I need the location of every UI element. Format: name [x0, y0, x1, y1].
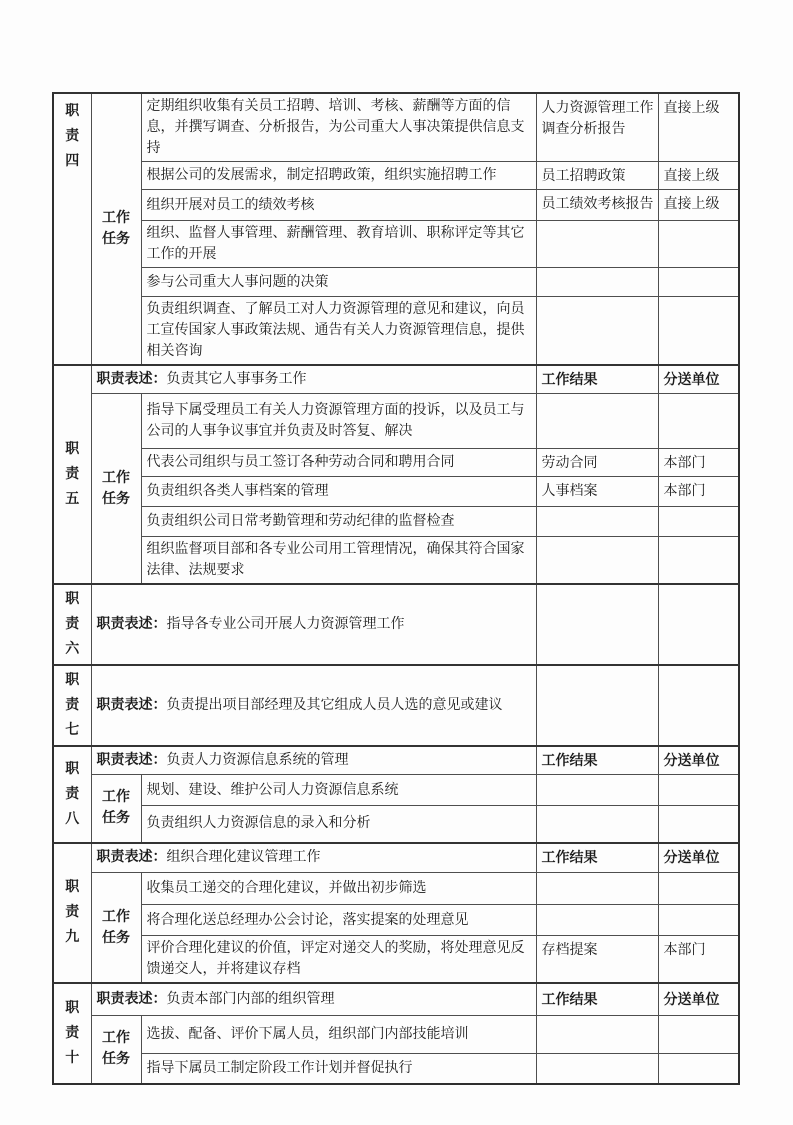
- task-text: 评价合理化建议的价值，评定对递交人的奖励，将处理意见反馈递交人，并将建议存档: [141, 936, 536, 984]
- table-row: 组织监督项目部和各专业公司用工管理情况，确保其符合国家法律、法规要求: [53, 537, 739, 585]
- table-row: 职责六 职责表述：指导各专业公司开展人力资源管理工作: [53, 584, 739, 665]
- statement-label: 职责表述：: [97, 617, 167, 632]
- section-5-label-cell: 职责五: [53, 365, 91, 584]
- task-result: [536, 1053, 658, 1084]
- empty-unit-cell: [658, 665, 739, 746]
- statement-cell: 职责表述：负责其它人事事务工作: [91, 365, 536, 394]
- table-row: 负责组织公司日常考勤管理和劳动纪律的监督检查: [53, 507, 739, 537]
- result-header: 工作结果: [536, 746, 658, 775]
- task-result: 员工绩效考核报告: [536, 190, 658, 221]
- section-4-label: 职责四: [64, 99, 80, 174]
- task-unit: [658, 775, 739, 806]
- task-result: [536, 507, 658, 537]
- table-row: 工作任务 规划、建设、维护公司人力资源信息系统: [53, 775, 739, 806]
- task-text: 指导下属受理员工有关人力资源管理方面的投诉，以及员工与公司的人事争议事宜并负责及…: [141, 394, 536, 449]
- section-6-label: 职责六: [64, 587, 80, 662]
- statement-text: 指导各专业公司开展人力资源管理工作: [167, 617, 405, 632]
- task-result: 员工招聘政策: [536, 162, 658, 190]
- result-header: 工作结果: [536, 365, 658, 394]
- table-row: 职责五 职责表述：负责其它人事事务工作 工作结果 分送单位: [53, 365, 739, 394]
- task-result: [536, 1015, 658, 1053]
- table-row: 职责九 职责表述：组织合理化建议管理工作 工作结果 分送单位: [53, 843, 739, 873]
- scanned-document-page: 职责四 工作任务 定期组织收集有关员工招聘、培训、考核、薪酬等方面的信息，并撰写…: [0, 0, 793, 1125]
- task-text: 负责组织人力资源信息的录入和分析: [141, 806, 536, 843]
- table-row: 负责组织人力资源信息的录入和分析: [53, 806, 739, 843]
- unit-header: 分送单位: [658, 365, 739, 394]
- task-unit: 本部门: [658, 936, 739, 984]
- empty-unit-cell: [658, 584, 739, 665]
- task-result: [536, 537, 658, 585]
- statement-text: 负责其它人事事务工作: [167, 372, 307, 387]
- section-5-label: 职责五: [64, 437, 80, 512]
- table-row: 评价合理化建议的价值，评定对递交人的奖励，将处理意见反馈递交人，并将建议存档 存…: [53, 936, 739, 984]
- task-column-label: 工作任务: [101, 787, 131, 829]
- section-4-label-cell: 职责四: [53, 93, 91, 365]
- statement-label: 职责表述：: [97, 992, 167, 1007]
- task-unit: 直接上级: [658, 190, 739, 221]
- task-unit: [658, 1015, 739, 1053]
- section-4-task-label-cell: 工作任务: [91, 93, 141, 365]
- statement-text: 组织合理化建议管理工作: [167, 850, 321, 865]
- section-5-task-label-cell: 工作任务: [91, 394, 141, 585]
- statement-text: 负责本部门内部的组织管理: [167, 992, 335, 1007]
- task-text: 组织、监督人事管理、薪酬管理、教育培训、职称评定等其它工作的开展: [141, 221, 536, 268]
- task-text: 规划、建设、维护公司人力资源信息系统: [141, 775, 536, 806]
- task-text: 指导下属员工制定阶段工作计划并督促执行: [141, 1053, 536, 1084]
- task-unit: [658, 221, 739, 268]
- table-row: 职责八 职责表述：负责人力资源信息系统的管理 工作结果 分送单位: [53, 746, 739, 775]
- task-text: 代表公司组织与员工签订各种劳动合同和聘用合同: [141, 449, 536, 477]
- responsibility-table: 职责四 工作任务 定期组织收集有关员工招聘、培训、考核、薪酬等方面的信息，并撰写…: [52, 92, 740, 1085]
- table-row: 职责七 职责表述：负责提出项目部经理及其它组成人员人选的意见或建议: [53, 665, 739, 746]
- table-row: 代表公司组织与员工签订各种劳动合同和聘用合同 劳动合同 本部门: [53, 449, 739, 477]
- section-10-label: 职责十: [64, 996, 80, 1071]
- task-unit: 直接上级: [658, 93, 739, 162]
- table-row: 参与公司重大人事问题的决策: [53, 268, 739, 297]
- task-unit: [658, 905, 739, 936]
- task-column-label: 工作任务: [101, 468, 131, 510]
- task-column-label: 工作任务: [101, 907, 131, 949]
- task-unit: [658, 507, 739, 537]
- section-9-label: 职责九: [64, 875, 80, 950]
- statement-text: 负责提出项目部经理及其它组成人员人选的意见或建议: [167, 698, 503, 713]
- table-row: 职责十 职责表述：负责本部门内部的组织管理 工作结果 分送单位: [53, 983, 739, 1015]
- task-result: [536, 268, 658, 297]
- task-result: 劳动合同: [536, 449, 658, 477]
- table-row: 工作任务 收集员工递交的合理化建议，并做出初步筛选: [53, 873, 739, 905]
- task-result: [536, 873, 658, 905]
- table-row: 负责组织调查、了解员工对人力资源管理的意见和建议，向员工宣传国家人事政策法规、通…: [53, 297, 739, 366]
- task-text: 定期组织收集有关员工招聘、培训、考核、薪酬等方面的信息，并撰写调查、分析报告，为…: [141, 93, 536, 162]
- task-result: [536, 775, 658, 806]
- task-result: 存档提案: [536, 936, 658, 984]
- unit-header: 分送单位: [658, 746, 739, 775]
- task-result: [536, 905, 658, 936]
- statement-label: 职责表述：: [97, 753, 167, 768]
- task-unit: [658, 873, 739, 905]
- statement-cell: 职责表述：组织合理化建议管理工作: [91, 843, 536, 873]
- task-unit: 直接上级: [658, 162, 739, 190]
- table-row: 根据公司的发展需求，制定招聘政策，组织实施招聘工作 员工招聘政策 直接上级: [53, 162, 739, 190]
- statement-cell: 职责表述：负责提出项目部经理及其它组成人员人选的意见或建议: [91, 665, 536, 746]
- section-7-label: 职责七: [64, 668, 80, 743]
- task-text: 负责组织公司日常考勤管理和劳动纪律的监督检查: [141, 507, 536, 537]
- task-unit: 本部门: [658, 477, 739, 507]
- table-row: 组织开展对员工的绩效考核 员工绩效考核报告 直接上级: [53, 190, 739, 221]
- table-row: 将合理化送总经理办公会讨论，落实提案的处理意见: [53, 905, 739, 936]
- result-header: 工作结果: [536, 983, 658, 1015]
- task-text: 负责组织各类人事档案的管理: [141, 477, 536, 507]
- table-row: 职责四 工作任务 定期组织收集有关员工招聘、培训、考核、薪酬等方面的信息，并撰写…: [53, 93, 739, 162]
- task-column-label: 工作任务: [101, 208, 131, 250]
- task-text: 根据公司的发展需求，制定招聘政策，组织实施招聘工作: [141, 162, 536, 190]
- task-column-label: 工作任务: [101, 1028, 131, 1070]
- task-text: 组织监督项目部和各专业公司用工管理情况，确保其符合国家法律、法规要求: [141, 537, 536, 585]
- statement-label: 职责表述：: [97, 698, 167, 713]
- statement-label: 职责表述：: [97, 372, 167, 387]
- section-7-label-cell: 职责七: [53, 665, 91, 746]
- statement-cell: 职责表述：负责人力资源信息系统的管理: [91, 746, 536, 775]
- unit-header: 分送单位: [658, 983, 739, 1015]
- task-unit: [658, 268, 739, 297]
- task-text: 选拔、配备、评价下属人员，组织部门内部技能培训: [141, 1015, 536, 1053]
- task-text: 将合理化送总经理办公会讨论，落实提案的处理意见: [141, 905, 536, 936]
- statement-cell: 职责表述：指导各专业公司开展人力资源管理工作: [91, 584, 536, 665]
- section-6-label-cell: 职责六: [53, 584, 91, 665]
- task-result: [536, 806, 658, 843]
- table-row: 组织、监督人事管理、薪酬管理、教育培训、职称评定等其它工作的开展: [53, 221, 739, 268]
- task-unit: [658, 806, 739, 843]
- task-unit: 本部门: [658, 449, 739, 477]
- task-unit: [658, 394, 739, 449]
- empty-result-cell: [536, 665, 658, 746]
- statement-text: 负责人力资源信息系统的管理: [167, 753, 349, 768]
- task-result: 人力资源管理工作调查分析报告: [536, 93, 658, 162]
- task-text: 负责组织调查、了解员工对人力资源管理的意见和建议，向员工宣传国家人事政策法规、通…: [141, 297, 536, 366]
- section-8-label-cell: 职责八: [53, 746, 91, 843]
- task-unit: [658, 297, 739, 366]
- table-row: 工作任务 指导下属受理员工有关人力资源管理方面的投诉，以及员工与公司的人事争议事…: [53, 394, 739, 449]
- table-row: 负责组织各类人事档案的管理 人事档案 本部门: [53, 477, 739, 507]
- task-result: [536, 394, 658, 449]
- task-unit: [658, 537, 739, 585]
- task-result: 人事档案: [536, 477, 658, 507]
- table-row: 指导下属员工制定阶段工作计划并督促执行: [53, 1053, 739, 1084]
- section-8-label: 职责八: [64, 757, 80, 832]
- section-9-label-cell: 职责九: [53, 843, 91, 984]
- section-10-task-label-cell: 工作任务: [91, 1015, 141, 1084]
- result-header: 工作结果: [536, 843, 658, 873]
- task-text: 组织开展对员工的绩效考核: [141, 190, 536, 221]
- statement-label: 职责表述：: [97, 850, 167, 865]
- table-row: 工作任务 选拔、配备、评价下属人员，组织部门内部技能培训: [53, 1015, 739, 1053]
- task-result: [536, 221, 658, 268]
- task-unit: [658, 1053, 739, 1084]
- task-result: [536, 297, 658, 366]
- task-text: 参与公司重大人事问题的决策: [141, 268, 536, 297]
- section-8-task-label-cell: 工作任务: [91, 775, 141, 843]
- section-10-label-cell: 职责十: [53, 983, 91, 1084]
- empty-result-cell: [536, 584, 658, 665]
- unit-header: 分送单位: [658, 843, 739, 873]
- statement-cell: 职责表述：负责本部门内部的组织管理: [91, 983, 536, 1015]
- section-9-task-label-cell: 工作任务: [91, 873, 141, 984]
- task-text: 收集员工递交的合理化建议，并做出初步筛选: [141, 873, 536, 905]
